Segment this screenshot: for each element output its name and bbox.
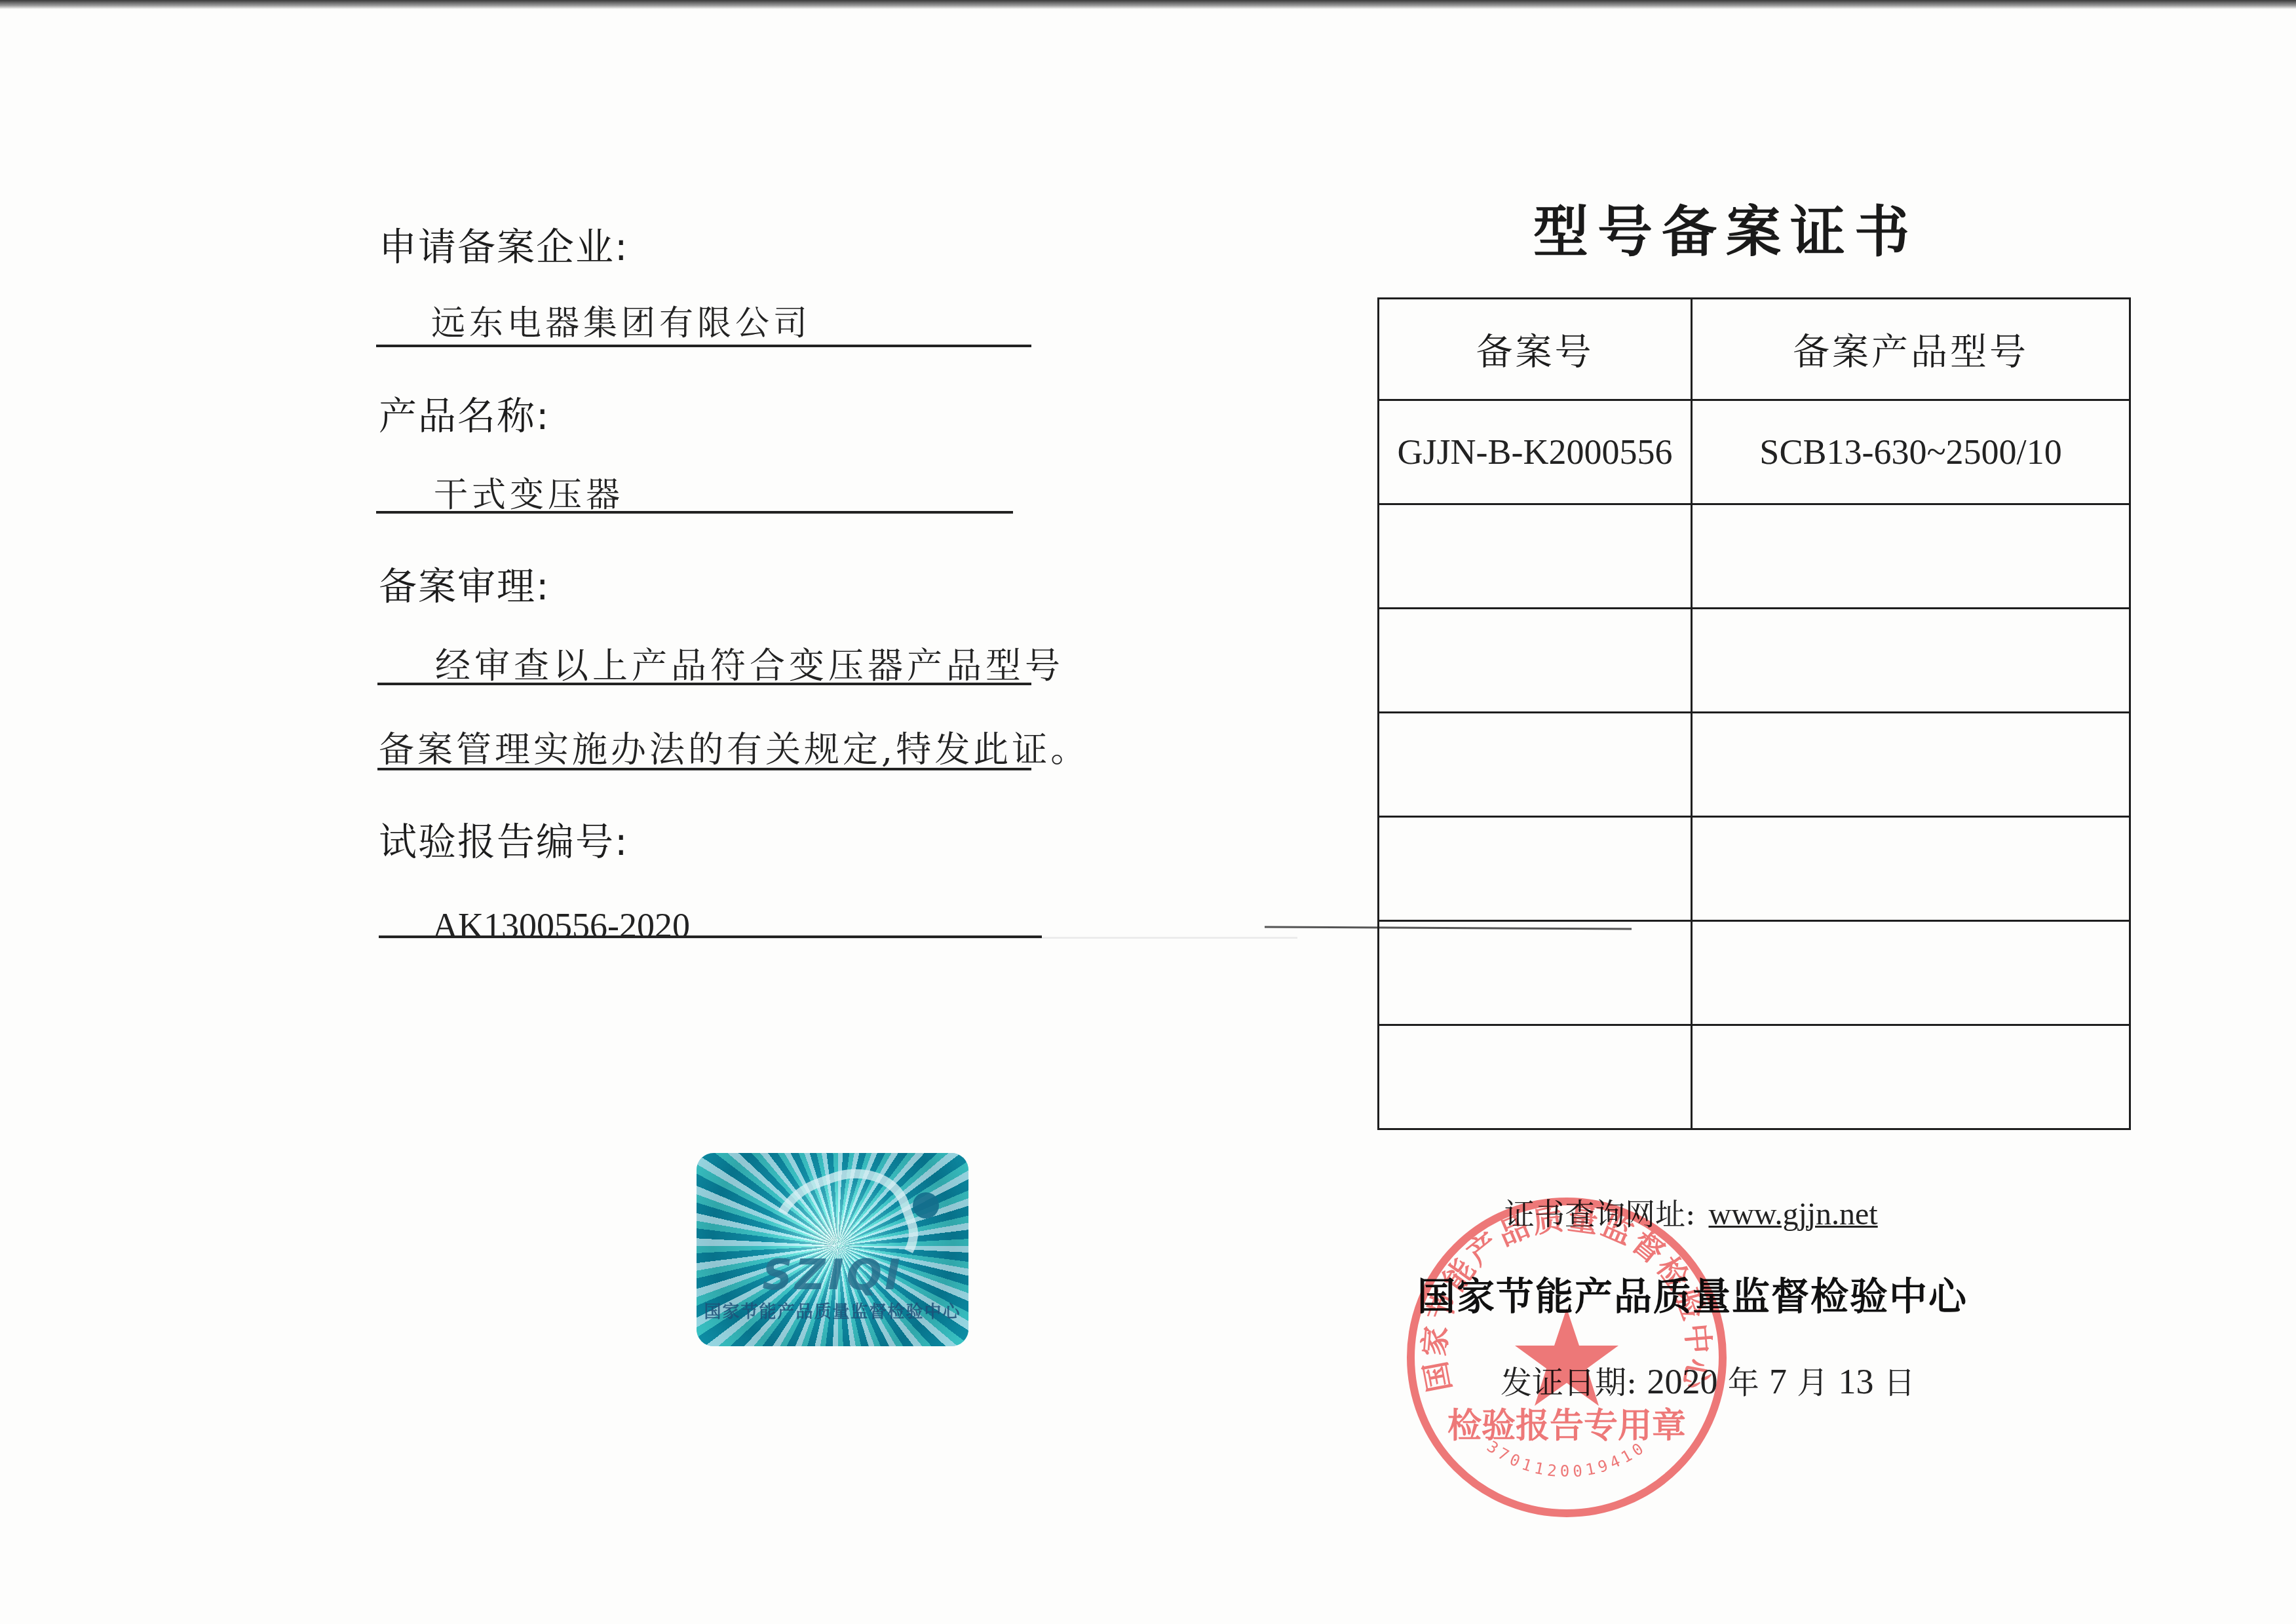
date-month: 7: [1769, 1362, 1787, 1401]
seal-ring: [1411, 1201, 1723, 1513]
date-day-unit: 日: [1884, 1365, 1915, 1401]
product-underline: [376, 511, 1013, 514]
header-registration-no: 备案号: [1379, 299, 1692, 400]
product-label: 产品名称:: [379, 397, 550, 435]
cell-registration-no: [1379, 609, 1692, 713]
cell-registration-no: [1379, 713, 1692, 817]
official-seal-stamp: 国家节能产品质量监督检验中心 检验报告专用章 3701120019410: [1403, 1194, 1731, 1521]
cell-product-model: [1692, 713, 2130, 817]
date-month-unit: 月: [1797, 1365, 1828, 1401]
table-header-row: 备案号 备案产品型号: [1379, 299, 2130, 400]
cell-registration-no: [1379, 504, 1692, 609]
date-year: 2020: [1647, 1362, 1717, 1401]
cell-product-model: [1692, 1025, 2130, 1129]
review-line-1: 经审查以上产品符合变压器产品型号: [435, 649, 1064, 684]
table-row: [1379, 921, 2130, 1025]
hologram-dot-icon: [913, 1192, 939, 1218]
seal-serial: 3701120019410: [1483, 1437, 1650, 1481]
issue-date: 发证日期: 2020 年 7 月 13 日: [1501, 1364, 1915, 1399]
product-value: 干式变压器: [434, 478, 624, 512]
applicant-underline: [376, 345, 1031, 347]
cell-product-model: SCB13-630~2500/10: [1692, 400, 2130, 504]
hologram-sticker: SZIQI 国家节能产品质量监督检验中心: [697, 1153, 968, 1346]
hologram-org: 国家节能产品质量监督检验中心: [697, 1298, 968, 1323]
date-label: 发证日期:: [1501, 1365, 1637, 1401]
seal-center-text: 检验报告专用章: [1447, 1407, 1686, 1446]
cell-registration-no: GJJN-B-K2000556: [1379, 400, 1692, 504]
query-label: 证书查询网址:: [1504, 1196, 1696, 1232]
table-row: [1379, 817, 2130, 921]
certificate-title: 型号备案证书: [1533, 204, 1919, 259]
review-label: 备案审理:: [379, 567, 550, 605]
cell-product-model: [1692, 921, 2130, 1025]
header-product-model: 备案产品型号: [1692, 299, 2130, 400]
table-row: [1379, 504, 2130, 609]
cell-product-model: [1692, 609, 2130, 713]
review-line-2: 备案管理实施办法的有关规定,特发此证。: [379, 732, 1089, 768]
cell-registration-no: [1379, 921, 1692, 1025]
registration-table: 备案号 备案产品型号 GJJN-B-K2000556 SCB13-630~250…: [1377, 297, 2131, 1130]
report-underline: [379, 935, 1042, 938]
review-underline-1: [377, 683, 1031, 685]
query-line: 证书查询网址:www.gjjn.net: [1504, 1199, 1878, 1230]
applicant-label: 申请备案企业:: [379, 228, 629, 266]
applicant-value: 远东电器集团有限公司: [431, 307, 811, 341]
review-underline-2: [377, 768, 1031, 770]
cell-product-model: [1692, 504, 2130, 609]
table-row: [1379, 1025, 2130, 1129]
date-year-unit: 年: [1728, 1365, 1759, 1401]
issuer-name: 国家节能产品质量监督检验中心: [1417, 1277, 1968, 1315]
query-url-link[interactable]: www.gjjn.net: [1709, 1197, 1878, 1232]
table-row: [1379, 609, 2130, 713]
scan-edge: [0, 0, 2296, 9]
date-day: 13: [1839, 1362, 1874, 1401]
cell-product-model: [1692, 817, 2130, 921]
cell-registration-no: [1379, 817, 1692, 921]
cell-registration-no: [1379, 1025, 1692, 1129]
report-label: 试验报告编号:: [379, 823, 629, 861]
table-row: [1379, 713, 2130, 817]
table-row: GJJN-B-K2000556 SCB13-630~2500/10: [1379, 400, 2130, 504]
report-value: AK1300556-2020: [432, 905, 690, 946]
hologram-brand: SZIQI: [697, 1251, 968, 1300]
